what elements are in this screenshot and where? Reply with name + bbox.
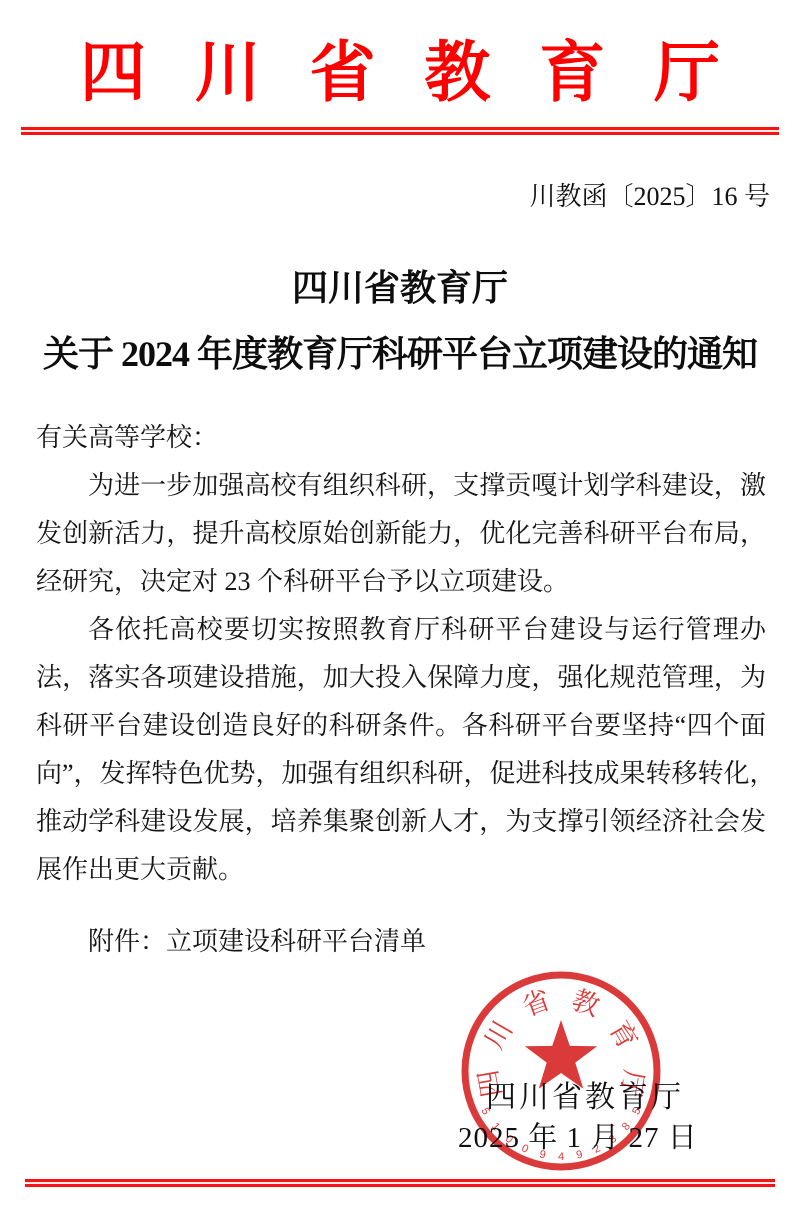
document-title-issuer: 四川省教育厅 [0, 260, 800, 311]
body-line: 发创新活力，提升高校原始创新能力，优化完善科研平台布局， [36, 510, 766, 558]
star-icon [525, 1020, 597, 1089]
seal-character: 省 [519, 985, 555, 1022]
agency-masthead: 四 川 省 教 育 厅 [80, 30, 720, 118]
seal-character: 教 [568, 985, 604, 1022]
masthead-char: 省 [310, 30, 376, 118]
body-line: 法，落实各项建设措施，加大投入保障力度，强化规范管理，为 [36, 654, 766, 702]
body-line: 向”，发挥特色优势，加强有组织科研，促进科技成果转移转化， [36, 750, 766, 798]
seal-code-digit: 9 [538, 1148, 547, 1161]
document-page: 四 川 省 教 育 厅 川教函〔2025〕16 号 四川省教育厅 关于 2024… [0, 0, 800, 1213]
body-line: 为进一步加强高校有组织科研，支撑贡嘎计划学科建设，激 [36, 462, 766, 510]
document-title-subject: 关于 2024 年度教育厅科研平台立项建设的通知 [0, 326, 800, 377]
body-line: 展作出更大贡献。 [36, 846, 766, 894]
masthead-char: 教 [424, 30, 490, 118]
document-body: 有关高等学校： 为进一步加强高校有组织科研，支撑贡嘎计划学科建设，激 发创新活力… [36, 414, 766, 966]
seal-code-digit: 0 [503, 1133, 515, 1146]
body-line: 科研平台建设创造良好的科研条件。各科研平台要坚持“四个面 [36, 702, 766, 750]
masthead-char: 厅 [654, 30, 720, 118]
seal-character: 厅 [615, 1068, 649, 1100]
salutation: 有关高等学校： [36, 414, 766, 462]
document-number: 川教函〔2025〕16 号 [529, 180, 770, 214]
seal-character: 川 [479, 1016, 518, 1054]
seal-character: 四 [473, 1068, 507, 1100]
attachment-line: 附件：立项建设科研平台清单 [36, 918, 766, 966]
seal-code-digit: 4 [558, 1151, 564, 1163]
body-line: 经研究，决定对 23 个科研平台予以立项建设。 [36, 558, 766, 606]
masthead-char: 川 [195, 30, 261, 118]
footer-rule [25, 1179, 775, 1187]
seal-code-digit: 8 [620, 1121, 633, 1133]
seal-code-digit: 2 [592, 1142, 603, 1155]
masthead-char: 四 [80, 30, 146, 118]
official-seal-graphic: 四川省教育厅51009492385 [456, 966, 666, 1176]
seal-code-digit: 5 [630, 1106, 643, 1117]
seal-character: 育 [604, 1016, 643, 1054]
seal-code-digit: 3 [607, 1133, 619, 1146]
official-seal: 四川省教育厅51009492385 [456, 966, 666, 1176]
seal-text: 四川省教育厅51009492385 [473, 985, 649, 1163]
seal-code-digit: 1 [489, 1121, 502, 1133]
seal-code-digit: 0 [520, 1142, 531, 1155]
seal-code-digit: 5 [478, 1106, 491, 1117]
masthead-char: 育 [539, 30, 605, 118]
body-line: 推动学科建设发展，培养集聚创新人才，为支撑引领经济社会发 [36, 798, 766, 846]
body-line: 各依托高校要切实按照教育厅科研平台建设与运行管理办 [36, 606, 766, 654]
seal-code-digit: 9 [575, 1148, 584, 1161]
header-rule [21, 127, 779, 135]
